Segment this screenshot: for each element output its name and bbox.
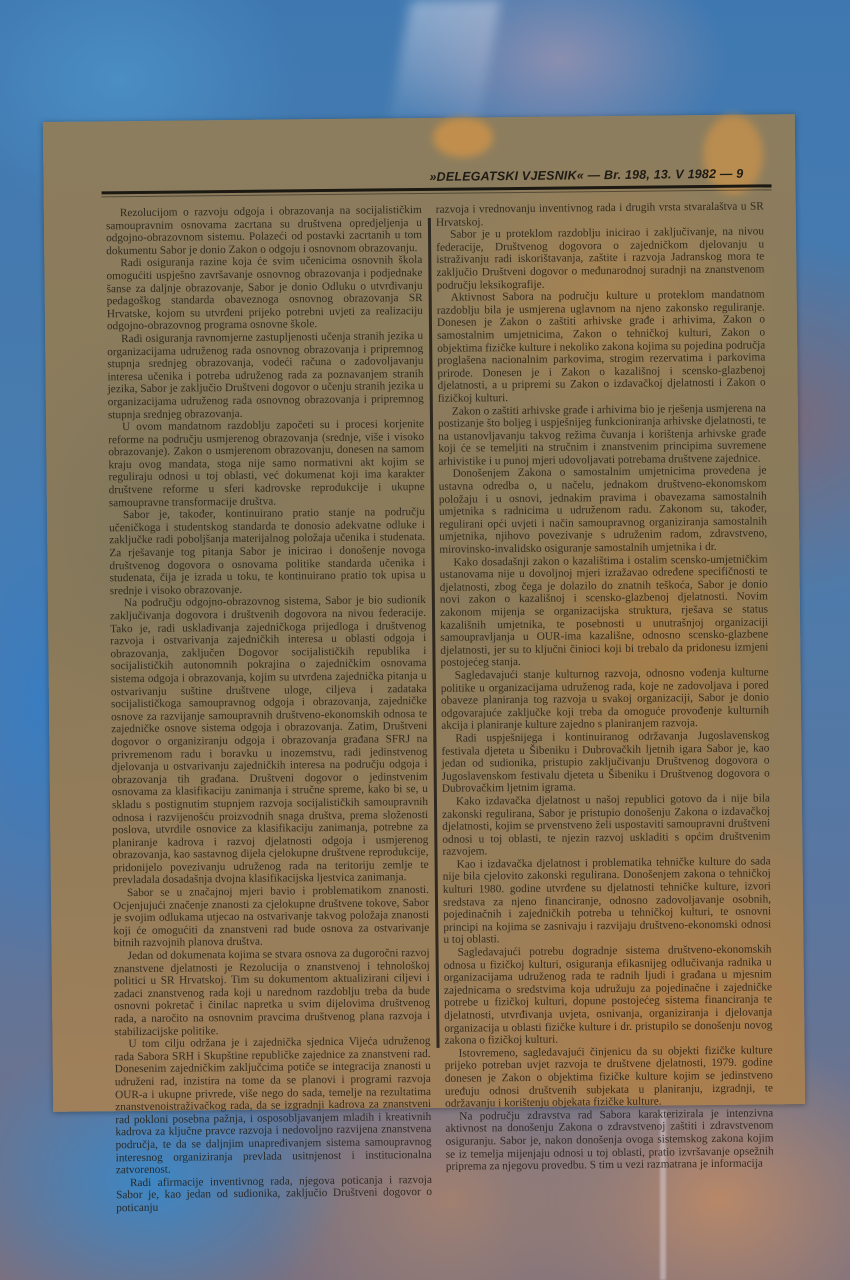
paragraph: razvoja i vrednovanju inventivnog rada i… (436, 200, 764, 229)
paragraph: Kao i izdavačka djelatnost i problematik… (443, 855, 772, 947)
paper-stain (703, 114, 764, 195)
paragraph: Radi osiguranja ravnomjerne zastupljenos… (107, 330, 424, 421)
newspaper-page: »DELEGATSKI VJESNIK« — Br. 198, 13. V 19… (43, 114, 805, 1112)
paragraph: Radi uspješnijega i kontinuiranog održav… (441, 729, 770, 795)
masthead: »DELEGATSKI VJESNIK« — Br. 198, 13. V 19… (429, 166, 769, 184)
paragraph: Sagledavajući potrebu dogradnje sistema … (443, 943, 772, 1047)
paragraph: Sagledavajući stanje kulturnog razvoja, … (441, 666, 770, 732)
paragraph: Sabor je, također, kontinuirano pratio s… (109, 506, 426, 597)
paragraph: Jedan od dokumenata kojima se stvara osn… (114, 947, 431, 1038)
paragraph: Donošenjem Zakona o samostalnim umjetnic… (438, 465, 767, 557)
paragraph: Kako dosadašnji zakon o kazalištima i os… (439, 553, 768, 670)
paragraph: Na području zdravstva rad Sabora karakte… (445, 1107, 774, 1173)
paragraph: Aktivnost Sabora na području kulture u p… (437, 289, 766, 406)
left-column: Rezolucijom o razvoju odgoja i obrazovan… (106, 204, 433, 1215)
paragraph: Zakon o zaštiti arhivske građe i arhivim… (438, 402, 767, 468)
paragraph: Kako izdavačka djelatnost u našoj republ… (442, 792, 771, 858)
paragraph: U tom cilju održana je i zajednička sjed… (114, 1035, 431, 1177)
paragraph: Radi afirmacije inventivnog rada, njegov… (116, 1174, 432, 1215)
paragraph: Istovremeno, sagledavajući činjenicu da … (445, 1044, 774, 1110)
wall-paint-streak (389, 0, 500, 120)
paragraph: Sabor je u proteklom razdoblju inicirao … (436, 226, 765, 292)
paragraph: U ovom mandatnom razdoblju započeti su i… (108, 418, 425, 509)
paragraph: Rezolucijom o razvoju odgoja i obrazovan… (106, 204, 423, 258)
paragraph: Sabor se u značajnoj mjeri bavio i probl… (113, 884, 430, 950)
paragraph: Na području odgojno-obrazovnog sistema, … (110, 594, 429, 887)
paper-stain (433, 117, 493, 158)
paragraph: Radi osiguranja razine koja će svim učen… (106, 254, 423, 333)
right-column: razvoja i vrednovanju inventivnog rada i… (436, 200, 774, 1173)
